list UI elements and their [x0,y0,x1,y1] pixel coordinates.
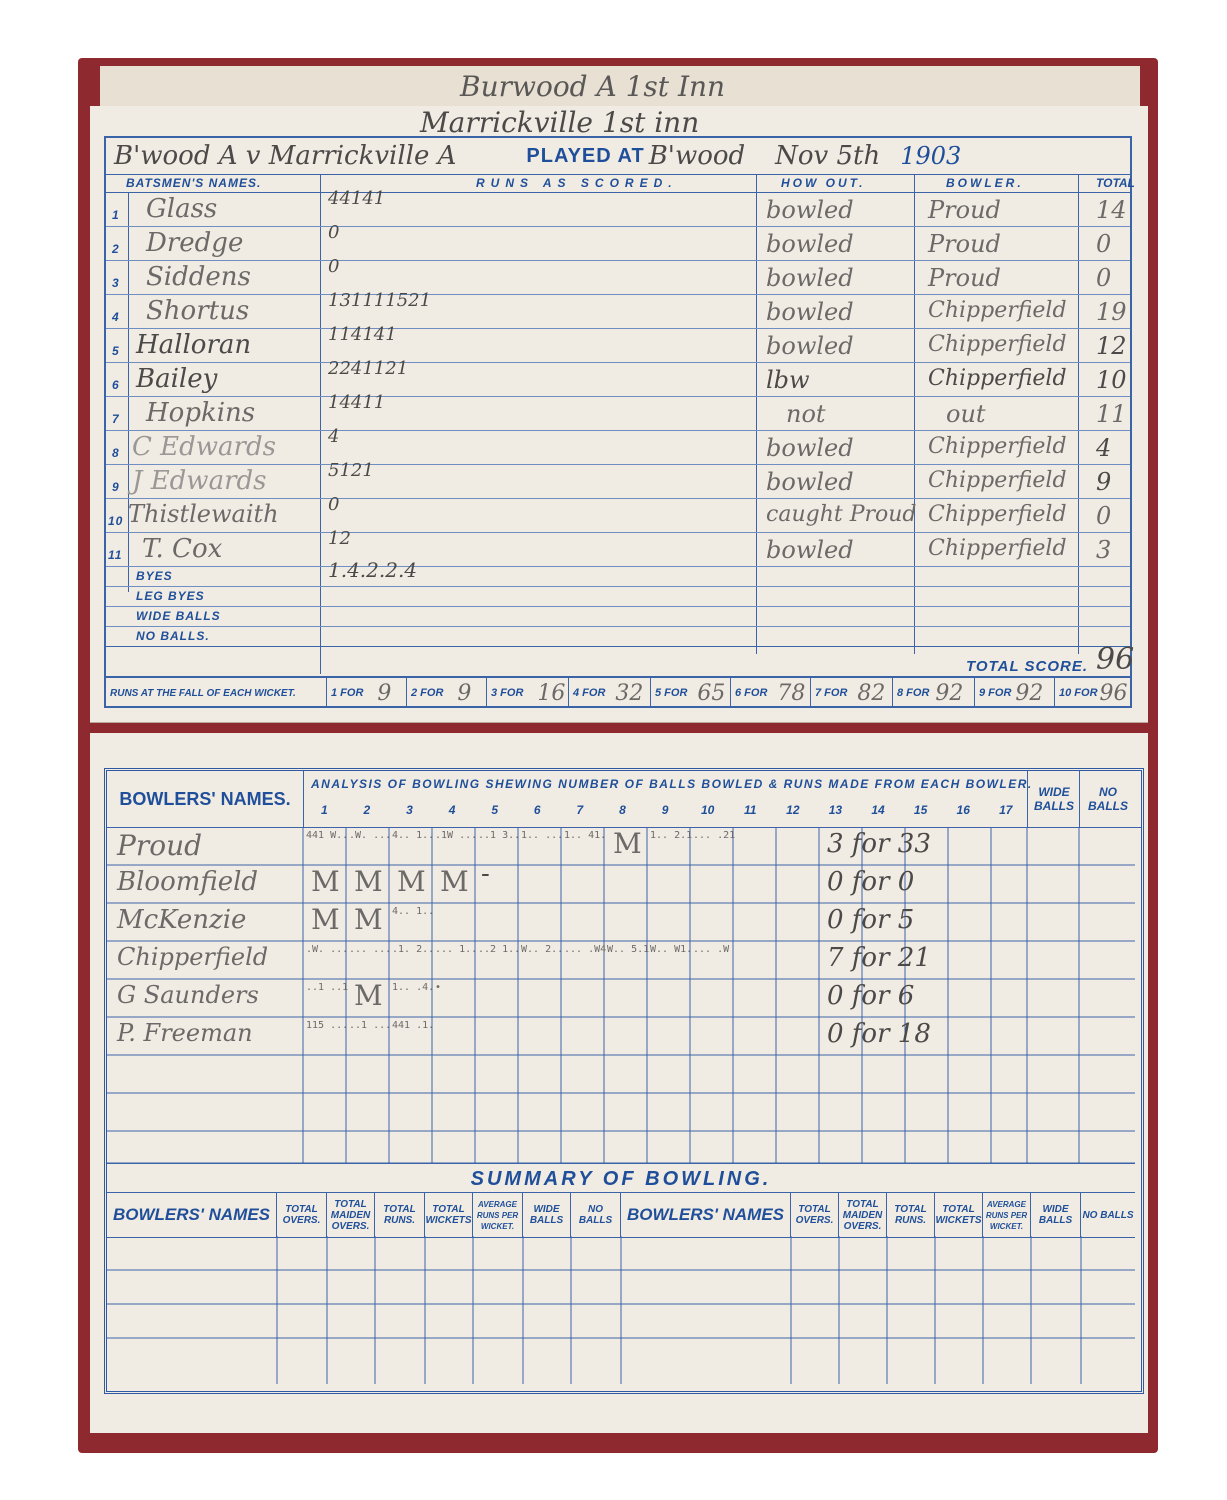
maiden-over: M [440,865,469,898]
bowler-name: Bloomfield [117,867,258,897]
maiden-over: M [311,903,340,936]
bowler: Chipperfield [928,502,1067,527]
bowling-header: BOWLERS' NAMES. ANALYSIS OF BOWLING SHEW… [107,771,1141,828]
bowler-row: Chipperfield .W. ... ... ... .1. 2.. ...… [107,941,1135,979]
wicket-score: 92 [1015,681,1043,706]
over-balls: ... .W4 [561,941,610,959]
over-number: 3 [388,799,431,827]
wide-balls-header: WIDE BALLS [1028,785,1080,813]
over-number: 4 [431,799,474,827]
bowling-figures: 3 for 33 [827,829,931,859]
match-title: B'wood A v Marrickville A [114,141,456,171]
bowler: Proud [928,196,1001,224]
how-out: caught Proud [766,502,917,527]
how-out: bowled [766,230,854,258]
batsman-row: 5 Halloran 114141 bowled Chipperfield 12 [106,328,1130,363]
summary-col-wickets-2: TOTAL WICKETS [935,1193,983,1237]
summary-title: SUMMARY OF BOWLING. [107,1168,1135,1191]
bowling-figures: 7 for 21 [827,943,931,973]
bowler: Chipperfield [928,298,1067,323]
batsman-name: Dredge [146,228,243,258]
batsman-number: 2 [112,242,120,256]
bowler-row: Proud 441 W.. .W. ... 4.. 1.. .1W ... ..… [107,827,1135,865]
wicket-score: 32 [615,681,643,706]
summary-of-bowling: SUMMARY OF BOWLING. BOWLERS' NAMES TOTAL… [107,1163,1135,1386]
bowler: Chipperfield [928,468,1067,493]
over-number: 16 [942,799,985,827]
fall-of-wicket-5: 5 FOR65 [650,678,730,708]
over-number: 10 [686,799,729,827]
fall-of-wicket-3: 3 FOR16 [486,678,568,708]
batsman-number: 10 [108,514,123,528]
summary-grid [107,1236,1135,1384]
over-balls: .W. ... [303,941,352,959]
wicket-label: 9 FOR [979,687,1011,699]
extras-row: LEG BYES [106,586,1130,607]
batsman-row: 8 C Edwards 4 bowled Chipperfield 4 [106,430,1130,465]
extras-label: WIDE BALLS [136,609,221,623]
over-number: 12 [772,799,815,827]
summary-col-average-2: AVERAGE RUNS PER WICKET. [983,1193,1031,1237]
summary-col-runs: TOTAL RUNS. [375,1193,425,1237]
batsman-row: 7 Hopkins 14411 not out 11 [106,396,1130,431]
bowlers-name-header-cell: BOWLERS' NAMES. [107,771,304,827]
extras-label: BYES [136,569,173,583]
summary-col-average: AVERAGE RUNS PER WICKET. [473,1193,523,1237]
over-balls: .1W ... [432,827,481,845]
over-number: 15 [899,799,942,827]
over-number: 8 [601,799,644,827]
header-bowler: BOWLER. [946,176,1024,190]
batsman-number: 7 [112,412,120,426]
over-number: 13 [814,799,857,827]
batsman-row: 4 Shortus 131111521 bowled Chipperfield … [106,294,1130,329]
batting-column-headers: BATSMEN'S NAMES. RUNS AS SCORED. HOW OUT… [106,174,1130,193]
maiden-over: M [354,979,383,1012]
over-number: 11 [729,799,772,827]
batsman-total: 12 [1096,332,1127,360]
bowler: Chipperfield [928,366,1067,391]
summary-col-overs: TOTAL OVERS. [277,1193,327,1237]
wicket-label: 3 FOR [491,687,523,699]
bowling-figures: 0 for 5 [827,905,914,935]
bowler-row: G Saunders ..1 ..1 M 1.. .4. • 0 for 6 [107,979,1135,1017]
total-score: 96 [1096,642,1134,677]
batsman-total: 14 [1096,196,1127,224]
how-out: bowled [766,536,854,564]
batsman-name: Siddens [146,262,251,292]
fall-of-wicket-4: 4 FOR32 [568,678,650,708]
maiden-over: M [311,865,340,898]
fall-of-wicket-2: 2 FOR9 [406,678,486,708]
wicket-label: 4 FOR [573,687,605,699]
wicket-label: 8 FOR [897,687,929,699]
over-number: 1 [303,799,346,827]
played-at-label: PLAYED AT [526,145,644,168]
batsman-name: Bailey [136,364,217,394]
over-balls: ..1 ..1 [303,979,352,997]
wicket-label: 10 FOR [1059,687,1098,699]
over-balls: 1.. 41. [561,827,610,845]
runs-scored: 131111521 [328,290,431,311]
batsman-number: 3 [112,276,120,290]
batsman-total: 19 [1096,298,1127,326]
summary-col-no-balls: NO BALLS [571,1193,621,1237]
over-balls: 1.. .4. [389,979,438,997]
bowler-name: Proud [117,829,202,862]
batsman-total: 0 [1096,502,1111,530]
runs-scored: 44141 [328,188,385,209]
bowling-analysis: BOWLERS' NAMES. ANALYSIS OF BOWLING SHEW… [104,768,1144,1394]
batsman-row: 2 Dredge 0 bowled Proud 0 [106,226,1130,261]
batsman-row: 11 T. Cox 12 bowled Chipperfield 3 [106,532,1130,567]
match-year: 1903 [900,142,961,170]
batting-scorecard: B'wood A v Marrickville A PLAYED AT B'wo… [104,136,1132,708]
match-title-row: B'wood A v Marrickville A PLAYED AT B'wo… [106,138,1130,175]
runs-scored: 114141 [328,324,397,345]
wicket-score: 92 [935,681,963,706]
batsman-row: 3 Siddens 0 bowled Proud 0 [106,260,1130,295]
maiden-over: M [354,903,383,936]
fall-of-wicket-1: 1 FOR9 [326,678,406,708]
innings-heading: Marrickville 1st inn [420,106,699,139]
summary-col-overs-2: TOTAL OVERS. [791,1193,839,1237]
batsman-number: 6 [112,378,120,392]
bowler-name: G Saunders [117,981,259,1009]
over-balls: 4.. 1.. [389,903,438,921]
batsman-name: Glass [146,194,217,224]
bowler-row: Bloomfield M M M M - 0 for 0 [107,865,1135,903]
fall-of-wicket-6: 6 FOR78 [730,678,810,708]
underlying-heading: Burwood A 1st Inn [460,70,725,103]
over-balls: - [481,859,490,889]
wicket-score: 82 [857,681,885,706]
over-balls: 441 .1. [389,1017,438,1035]
fall-of-wicket-7: 7 FOR82 [810,678,892,708]
bowler-name: P. Freeman [117,1019,253,1047]
venue: B'wood [649,141,745,171]
fall-of-wicket-9: 9 FOR92 [974,678,1054,708]
extras-row: WIDE BALLS [106,606,1130,627]
over-number: 14 [857,799,900,827]
analysis-header: ANALYSIS OF BOWLING SHEWING NUMBER OF BA… [311,777,1033,791]
wicket-score: 9 [457,681,471,706]
wicket-label: 1 FOR [331,687,363,699]
bowler: Chipperfield [928,332,1067,357]
bowler: Proud [928,230,1001,258]
over-balls: .1. 2.. [389,941,438,959]
over-balls: W.. 5.1 [604,941,653,959]
how-out: lbw [766,366,810,394]
no-balls-header-cell: NO BALLS [1079,771,1136,827]
how-out: bowled [766,298,854,326]
match-date: Nov 5th [775,141,880,171]
wicket-score: 96 [1100,681,1128,706]
runs-scored: 0 [328,494,339,515]
wicket-score: 65 [697,681,725,706]
maiden-over: M [613,827,642,860]
header-total: TOTAL [1096,176,1135,190]
batsman-name: C Edwards [132,432,276,462]
fall-of-wicket-8: 8 FOR92 [892,678,974,708]
batsman-name: Thistlewaith [128,500,279,528]
how-out: not [786,400,826,428]
header-runs: RUNS AS SCORED. [476,176,678,190]
over-balls: ... ... [346,941,395,959]
batsman-row: 10 Thistlewaith 0 caught Proud Chipperfi… [106,498,1130,533]
over-number: 6 [516,799,559,827]
bowler-row: P. Freeman 115 ... ..1 ... 441 .1. 0 for… [107,1017,1135,1055]
wicket-score: 78 [777,681,805,706]
batsman-total: 10 [1096,366,1127,394]
over-balls: 1.. 2.1 [647,827,696,845]
over-balls: ..2 1.. [475,941,524,959]
over-balls: 441 W.. [303,827,352,845]
wicket-score: 16 [537,681,565,706]
batsman-name: Hopkins [146,398,255,428]
wicket-score: 9 [377,681,391,706]
wicket-label: 6 FOR [735,687,767,699]
bowler: Chipperfield [928,536,1067,561]
batsman-total: 4 [1096,434,1111,462]
summary-col-bowlers: BOWLERS' NAMES [107,1193,277,1237]
bowling-figures: 0 for 18 [827,1019,931,1049]
extras-label: LEG BYES [136,589,205,603]
summary-col-maidens: TOTAL MAIDEN OVERS. [327,1193,375,1237]
fall-of-wicket-10: 10 FOR96 [1054,678,1130,708]
how-out: bowled [766,332,854,360]
over-number: 7 [559,799,602,827]
over-balls: • [432,979,481,997]
maiden-over: M [397,865,426,898]
fall-of-wickets-row: RUNS AT THE FALL OF EACH WICKET. 1 FOR9 … [106,676,1130,708]
runs-scored: 0 [328,222,339,243]
summary-col-wickets: TOTAL WICKETS [425,1193,473,1237]
extras-label: NO BALLS. [136,629,210,643]
extras-row: NO BALLS. [106,626,1130,647]
bowler-name: McKenzie [117,905,246,935]
batsman-total: 3 [1096,536,1111,564]
how-out: bowled [766,434,854,462]
over-balls: W.. 2.. [518,941,567,959]
extras-runs: 1.4.2.2.4 [328,558,417,582]
runs-scored: 0 [328,256,339,277]
how-out: bowled [766,468,854,496]
summary-col-wides: WIDE BALLS [523,1193,571,1237]
runs-scored: 5121 [328,460,374,481]
wicket-label: 5 FOR [655,687,687,699]
bowler: Chipperfield [928,434,1067,459]
batsman-name: Shortus [146,296,249,326]
batsman-number: 5 [112,344,120,358]
over-balls: ..1 ... [346,1017,395,1035]
over-number: 17 [985,799,1028,827]
batsman-total: 9 [1096,468,1111,496]
no-balls-header: NO BALLS [1080,785,1136,813]
batsman-row: 9 J Edwards 5121 bowled Chipperfield 9 [106,464,1130,499]
over-balls: 1.. ... [518,827,567,845]
batsman-number: 8 [112,446,120,460]
over-balls: ... .W [690,941,739,959]
over-number-row: 1 2 3 4 5 6 7 8 9 10 11 12 13 14 15 16 1… [303,799,1027,827]
batsman-name: J Edwards [132,466,266,496]
bowler-row: McKenzie M M 4.. 1.. 0 for 5 [107,903,1135,941]
over-number: 2 [346,799,389,827]
summary-col-bowlers-2: BOWLERS' NAMES [621,1193,791,1237]
fall-of-wickets-label: RUNS AT THE FALL OF EACH WICKET. [110,688,296,699]
batsman-name: Halloran [136,330,251,360]
runs-scored: 2241121 [328,358,408,379]
how-out: bowled [766,196,854,224]
runs-scored: 4 [328,426,339,447]
runs-scored: 12 [328,528,351,549]
runs-scored: 14411 [328,392,385,413]
batsman-number: 1 [112,208,120,222]
batsman-row: 6 Bailey 2241121 lbw Chipperfield 10 [106,362,1130,397]
wicket-label: 2 FOR [411,687,443,699]
over-number: 9 [644,799,687,827]
maiden-over: M [354,865,383,898]
over-balls: 4.. 1.. [389,827,438,845]
batsman-total: 0 [1096,264,1111,292]
wide-balls-header-cell: WIDE BALLS [1027,771,1080,827]
batsman-total: 0 [1096,230,1111,258]
over-balls: 115 ... [303,1017,352,1035]
batsman-name: T. Cox [142,534,222,564]
batsman-number: 4 [112,310,120,324]
batsman-number: 9 [112,480,120,494]
header-how-out: HOW OUT. [781,176,865,190]
batsman-total: 11 [1096,400,1127,428]
batsman-row: 1 Glass 44141 bowled Proud 14 [106,192,1130,227]
bowling-figures: 0 for 0 [827,867,914,897]
summary-col-maidens-2: TOTAL MAIDEN OVERS. [839,1193,887,1237]
over-balls: W.. W1. [647,941,696,959]
over-balls: ..1 3.. [475,827,524,845]
bowling-figures: 0 for 6 [827,981,914,1011]
summary-header-row: BOWLERS' NAMES TOTAL OVERS. TOTAL MAIDEN… [107,1192,1135,1238]
wicket-label: 7 FOR [815,687,847,699]
over-balls: ... 1.. [432,941,481,959]
over-balls: ... .21 [690,827,739,845]
over-balls: .W. ... [346,827,395,845]
header-batsmen: BATSMEN'S NAMES. [126,176,261,190]
bowlers-names-header: BOWLERS' NAMES. [119,789,290,810]
over-number: 5 [473,799,516,827]
fall-of-wickets-label-cell: RUNS AT THE FALL OF EACH WICKET. [106,678,326,708]
batsman-number: 11 [108,548,122,562]
summary-col-wides-2: WIDE BALLS [1031,1193,1081,1237]
bowler: Proud [928,264,1001,292]
total-score-label: TOTAL SCORE. [966,658,1088,675]
bowler: out [946,400,986,428]
how-out: bowled [766,264,854,292]
bowler-name: Chipperfield [117,943,268,971]
summary-col-no-balls-2: NO BALLS [1081,1193,1135,1237]
extras-row: BYES 1.4.2.2.4 [106,566,1130,587]
summary-col-runs-2: TOTAL RUNS. [887,1193,935,1237]
